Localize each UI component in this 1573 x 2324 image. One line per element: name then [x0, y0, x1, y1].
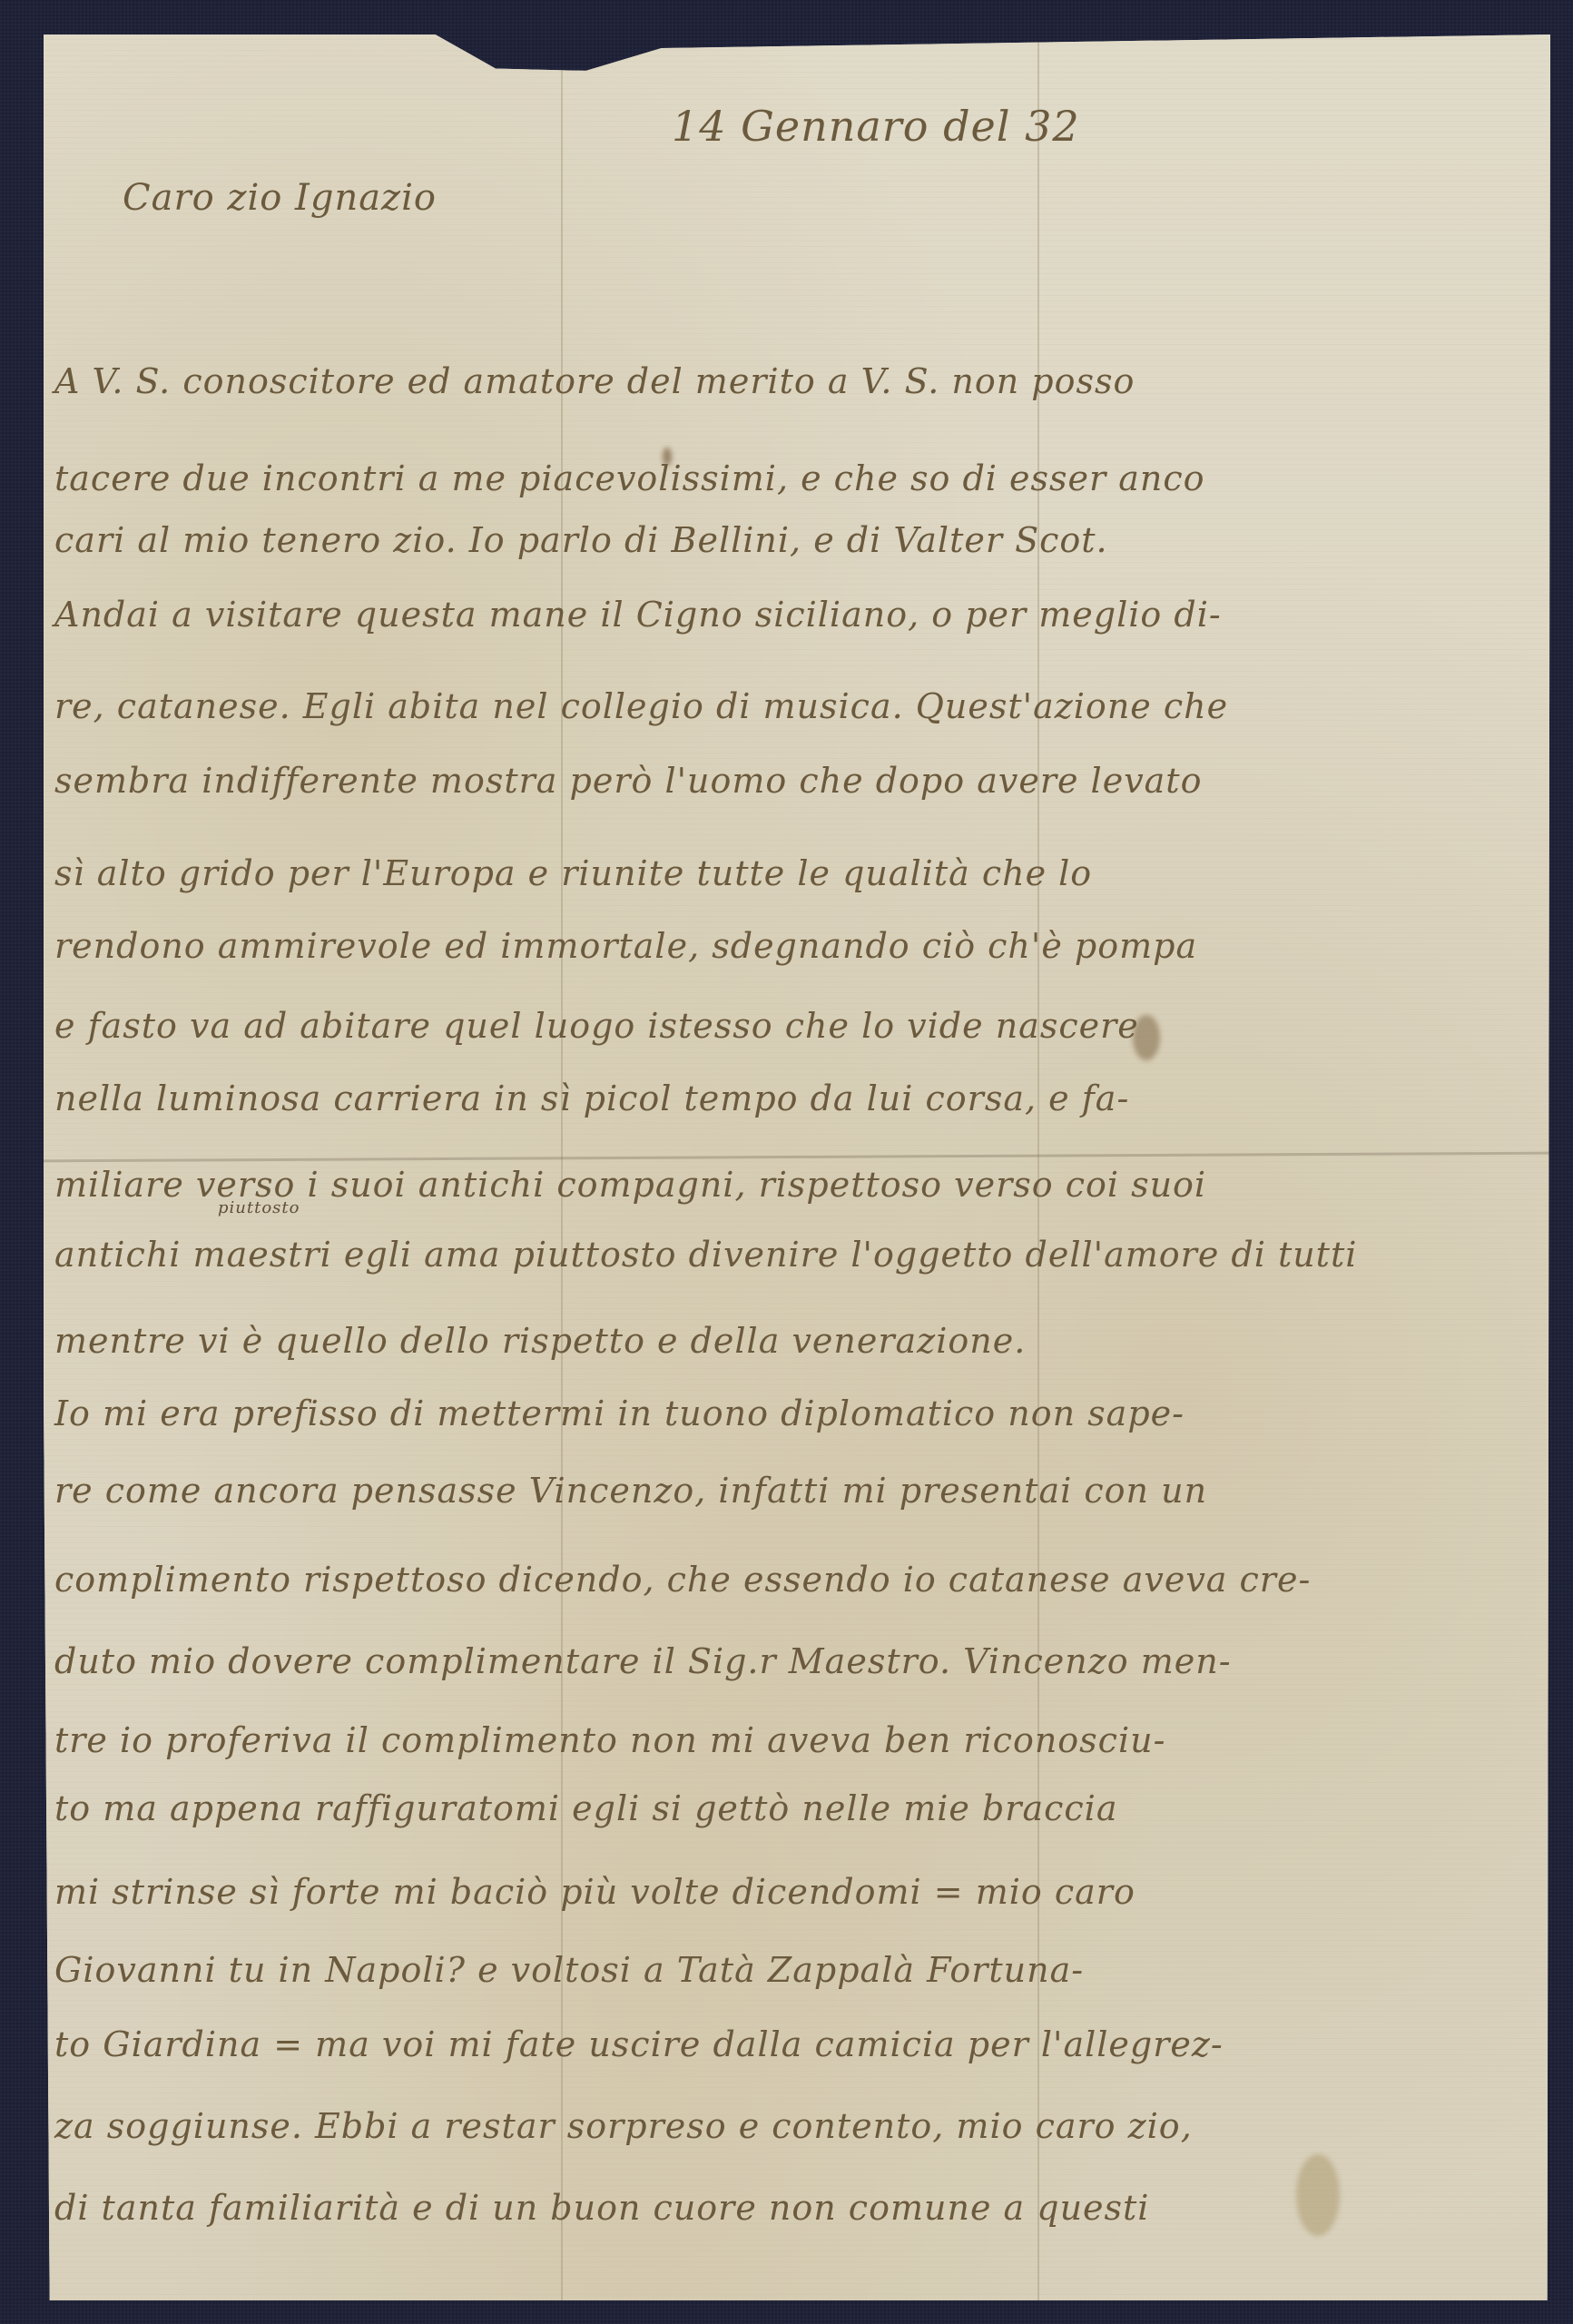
letter-line-15: re come ancora pensasse Vincenzo, infatt… — [54, 1471, 1207, 1511]
fold-line-horizontal — [44, 1152, 1550, 1163]
interlinear-insertion: piuttosto — [218, 1198, 300, 1217]
letter-line-18: tre io proferiva il complimento non mi a… — [54, 1720, 1165, 1760]
letter-line-6: sembra indifferente mostra però l'uomo c… — [54, 761, 1202, 801]
letter-line-1: A V. S. conoscitore ed amatore del merit… — [54, 361, 1135, 401]
letter-line-22: to Giardina = ma voi mi fate uscire dall… — [54, 2024, 1224, 2064]
letter-line-7: sì alto grido per l'Europa e riunite tut… — [54, 853, 1092, 893]
letter-line-16: complimento rispettoso dicendo, che esse… — [54, 1560, 1311, 1600]
letter-line-4: Andai a visitare questa mane il Cigno si… — [54, 595, 1222, 635]
letter-line-9: e fasto va ad abitare quel luogo istesso… — [54, 1006, 1139, 1046]
letter-line-24: di tanta familiarità e di un buon cuore … — [54, 2188, 1149, 2228]
letter-line-3: cari al mio tenero zio. Io parlo di Bell… — [54, 520, 1108, 560]
letter-line-23: za soggiunse. Ebbi a restar sorpreso e c… — [54, 2106, 1193, 2146]
letter-line-21: Giovanni tu in Napoli? e voltosi a Tatà … — [54, 1950, 1084, 1990]
letter-salutation: Caro zio Ignazio — [123, 177, 437, 219]
letter-line-2: tacere due incontri a me piacevolissimi,… — [54, 458, 1205, 498]
letter-line-14: Io mi era prefisso di mettermi in tuono … — [54, 1393, 1185, 1433]
letter-line-10: nella luminosa carriera in sì picol temp… — [54, 1078, 1129, 1118]
letter-line-20: mi strinse sì forte mi baciò più volte d… — [54, 1872, 1136, 1912]
letter-line-13: mentre vi è quello dello rispetto e dell… — [54, 1321, 1026, 1361]
letter-line-5: re, catanese. Egli abita nel collegio di… — [54, 686, 1228, 726]
letter-line-17: duto mio dovere complimentare il Sig.r M… — [54, 1641, 1232, 1681]
letter-date: 14 Gennaro del 32 — [672, 102, 1080, 151]
ink-stain — [1296, 2154, 1340, 2236]
letter-line-8: rendono ammirevole ed immortale, sdegnan… — [54, 926, 1197, 966]
letter-line-12: antichi maestri egli ama piuttosto diven… — [54, 1235, 1357, 1275]
letter-line-19: to ma appena raffiguratomi egli si gettò… — [54, 1788, 1118, 1828]
